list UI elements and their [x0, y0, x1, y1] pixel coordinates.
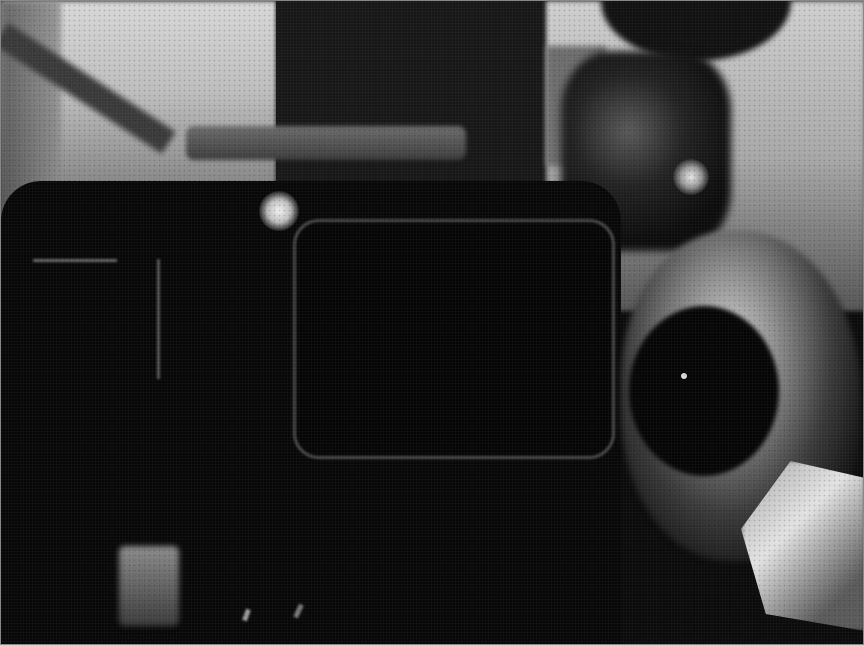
camera-viewfinder-frame: [293, 219, 615, 459]
camera-eyepiece: [629, 306, 779, 476]
camera-knob: [119, 546, 179, 626]
panel-edge-vertical: [157, 259, 160, 379]
eye-glint: [681, 373, 687, 379]
film-still: Black-and-white film still of a man look…: [0, 0, 864, 645]
lamp-highlight: [259, 191, 299, 231]
camera-top-bar: [186, 126, 466, 160]
lamp-highlight-right: [673, 159, 709, 195]
panel-edge: [33, 259, 117, 262]
